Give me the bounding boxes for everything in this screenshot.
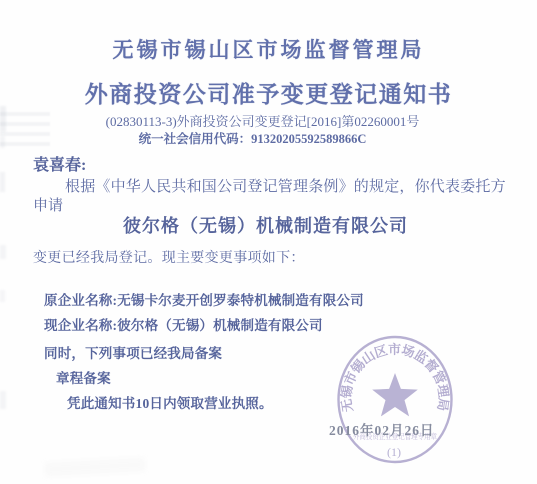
scan-edge-artifact [0, 290, 5, 302]
current-enterprise-name-line: 现企业名称:彼尔格（无锡）机械制造有限公司 [44, 314, 323, 334]
seal-page-number: (1) [387, 445, 401, 459]
filing-statement-line: 同时，下列事项已经我局备案 [44, 342, 222, 362]
body-paragraph-line1: 根据《中华人民共和国公司登记管理条例》的规定，你代表委托方 [33, 175, 506, 196]
registration-confirmation-line: 变更已经我局登记。现主要变更事项如下： [33, 247, 305, 267]
document-number: (02830113-3)外商投资公司变更登记[2016]第02260001号 [0, 111, 531, 130]
scan-shadow-artifact [45, 457, 146, 476]
official-seal: 无锡市锡山区市场监督管理局 外商投资企业登记管理专用章 (1) [333, 333, 461, 473]
seal-star-icon [372, 373, 418, 416]
body-line1-text: 根据《中华人民共和国公司登记管理条例》的规定，你代表委托方 [65, 179, 506, 195]
issue-date: 2016年02月26日 [329, 419, 435, 439]
unified-social-credit-code: 统一社会信用代码：91320205592589866C [0, 129, 521, 147]
filing-item-articles: 章程备案 [56, 367, 111, 387]
license-collection-instruction: 凭此通知书10日内领取营业执照。 [67, 392, 273, 412]
addressee-name: 袁喜春: [33, 152, 86, 175]
issuing-authority-title: 无锡市锡山区市场监督管理局 [0, 34, 537, 64]
original-enterprise-name-line: 原企业名称:无锡卡尔麦开创罗泰特机械制造有限公司 [44, 289, 364, 309]
scan-edge-artifact [0, 391, 6, 409]
document-title: 外商投资公司准予变更登记通知书 [0, 76, 537, 109]
applicant-company-name: 彼尔格（无锡）机械制造有限公司 [0, 212, 534, 238]
scan-edge-artifact [0, 245, 6, 259]
scanned-notice-page: 无锡市锡山区市场监督管理局 外商投资公司准予变更登记通知书 (02830113-… [0, 0, 537, 484]
scan-edge-artifact [0, 172, 5, 192]
